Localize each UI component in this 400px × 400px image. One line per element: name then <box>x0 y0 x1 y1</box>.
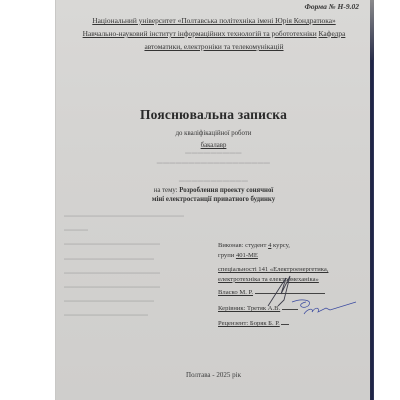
bleed-through-text: ▬▬▬▬▬▬▬▬▬▬▬▬▬▬▬ <box>64 256 154 262</box>
topic-text-1: Розроблення проекту сонячної <box>179 187 273 194</box>
document-subtitle: до кваліфікаційної роботи <box>56 130 371 137</box>
bleed-through-text: ▬▬▬▬▬▬▬▬▬▬▬ <box>56 178 371 184</box>
bleed-through-text: ▬▬▬▬▬▬▬▬▬▬▬▬▬▬▬▬ <box>64 284 160 290</box>
bleed-through-text: ▬▬▬▬▬▬▬▬▬▬▬▬▬▬▬▬ <box>64 270 160 276</box>
supervisor-name: Керівник: Третяк А.В. <box>218 305 280 312</box>
document-photo: ▬▬▬▬▬▬▬▬▬ ▬▬▬▬▬▬▬▬▬▬▬▬▬▬▬▬▬▬ ▬▬▬▬▬▬▬▬▬▬▬… <box>0 0 400 400</box>
course-number: 4 <box>268 242 271 249</box>
student-signature-row: Власко М. Р. <box>218 289 325 296</box>
topic-line-1: на тему: Розроблення проекту сонячної <box>56 186 371 195</box>
bleed-through-text: ▬▬▬▬▬▬▬▬▬▬▬▬▬▬ <box>64 312 148 318</box>
specialty-line-2: електротехніка та електромеханіка» <box>218 276 319 283</box>
specialty-row-1: спеціальності 141 «Електроенергетика, <box>218 265 368 275</box>
supervisor-signature-icon <box>290 296 360 324</box>
performed-prefix: Виконав: студент <box>218 242 266 249</box>
bleed-through-text: ▬▬▬▬▬▬▬▬▬▬▬▬▬▬▬▬ <box>64 241 160 247</box>
form-number: Форма № Н-9.02 <box>305 2 359 11</box>
signature-line <box>282 309 298 310</box>
bleed-through-text: ▬▬▬▬ <box>64 227 88 233</box>
signature-line <box>255 293 325 294</box>
title-page: ▬▬▬▬▬▬▬▬▬ ▬▬▬▬▬▬▬▬▬▬▬▬▬▬▬▬▬▬ ▬▬▬▬▬▬▬▬▬▬▬… <box>55 0 371 400</box>
specialty-row-2: електротехніка та електромеханіка» <box>218 275 368 285</box>
topic-text-2: міні електростанції приватного будинку <box>152 196 275 203</box>
group-prefix: групи <box>218 252 234 259</box>
degree-level: бакалавр <box>56 142 371 149</box>
topic-prefix: на тему: <box>154 187 178 194</box>
course-suffix: курсу, <box>273 242 290 249</box>
degree-value: бакалавр <box>201 142 227 149</box>
topic-line-2: міні електростанції приватного будинку <box>56 195 371 204</box>
reviewer-row: Рецензент: Боряк Б. Р. <box>218 320 289 327</box>
university-name: Національний університет «Полтавська пол… <box>92 16 335 25</box>
bleed-through-text: ▬▬▬▬▬▬▬▬▬▬▬▬▬▬▬▬▬▬▬▬ <box>64 213 184 219</box>
bleed-through-text: ▬▬▬▬▬▬▬▬▬ <box>56 150 371 156</box>
bleed-through-text: ▬▬▬▬▬▬▬▬▬▬▬▬▬▬▬▬▬▬ <box>56 160 371 166</box>
author-info: Виконав: студент 4 курсу, групи 401-МЕ с… <box>218 241 368 284</box>
document-title: Пояснювальна записка <box>56 107 371 123</box>
group-row: групи 401-МЕ <box>218 251 368 261</box>
binder-edge <box>370 0 374 400</box>
signature-line <box>281 324 289 325</box>
student-name: Власко М. Р. <box>218 289 253 296</box>
thesis-topic: на тему: Розроблення проекту сонячної мі… <box>56 186 371 204</box>
institute-name: Навчально-науковий інститут інформаційни… <box>83 29 317 38</box>
performed-by-row: Виконав: студент 4 курсу, <box>218 241 368 251</box>
city-year: Полтава - 2025 рік <box>56 371 371 379</box>
bleed-through-text: ▬▬▬▬▬▬▬▬▬▬▬▬▬▬▬ <box>64 298 154 304</box>
institution-header: Національний університет «Полтавська пол… <box>74 14 354 53</box>
group-value: 401-МЕ <box>236 252 258 259</box>
binder-edge-top <box>370 0 374 60</box>
supervisor-row: Керівник: Третяк А.В. <box>218 305 298 312</box>
reviewer-name: Рецензент: Боряк Б. Р. <box>218 320 280 327</box>
specialty-line-1: спеціальності 141 «Електроенергетика, <box>218 266 328 273</box>
